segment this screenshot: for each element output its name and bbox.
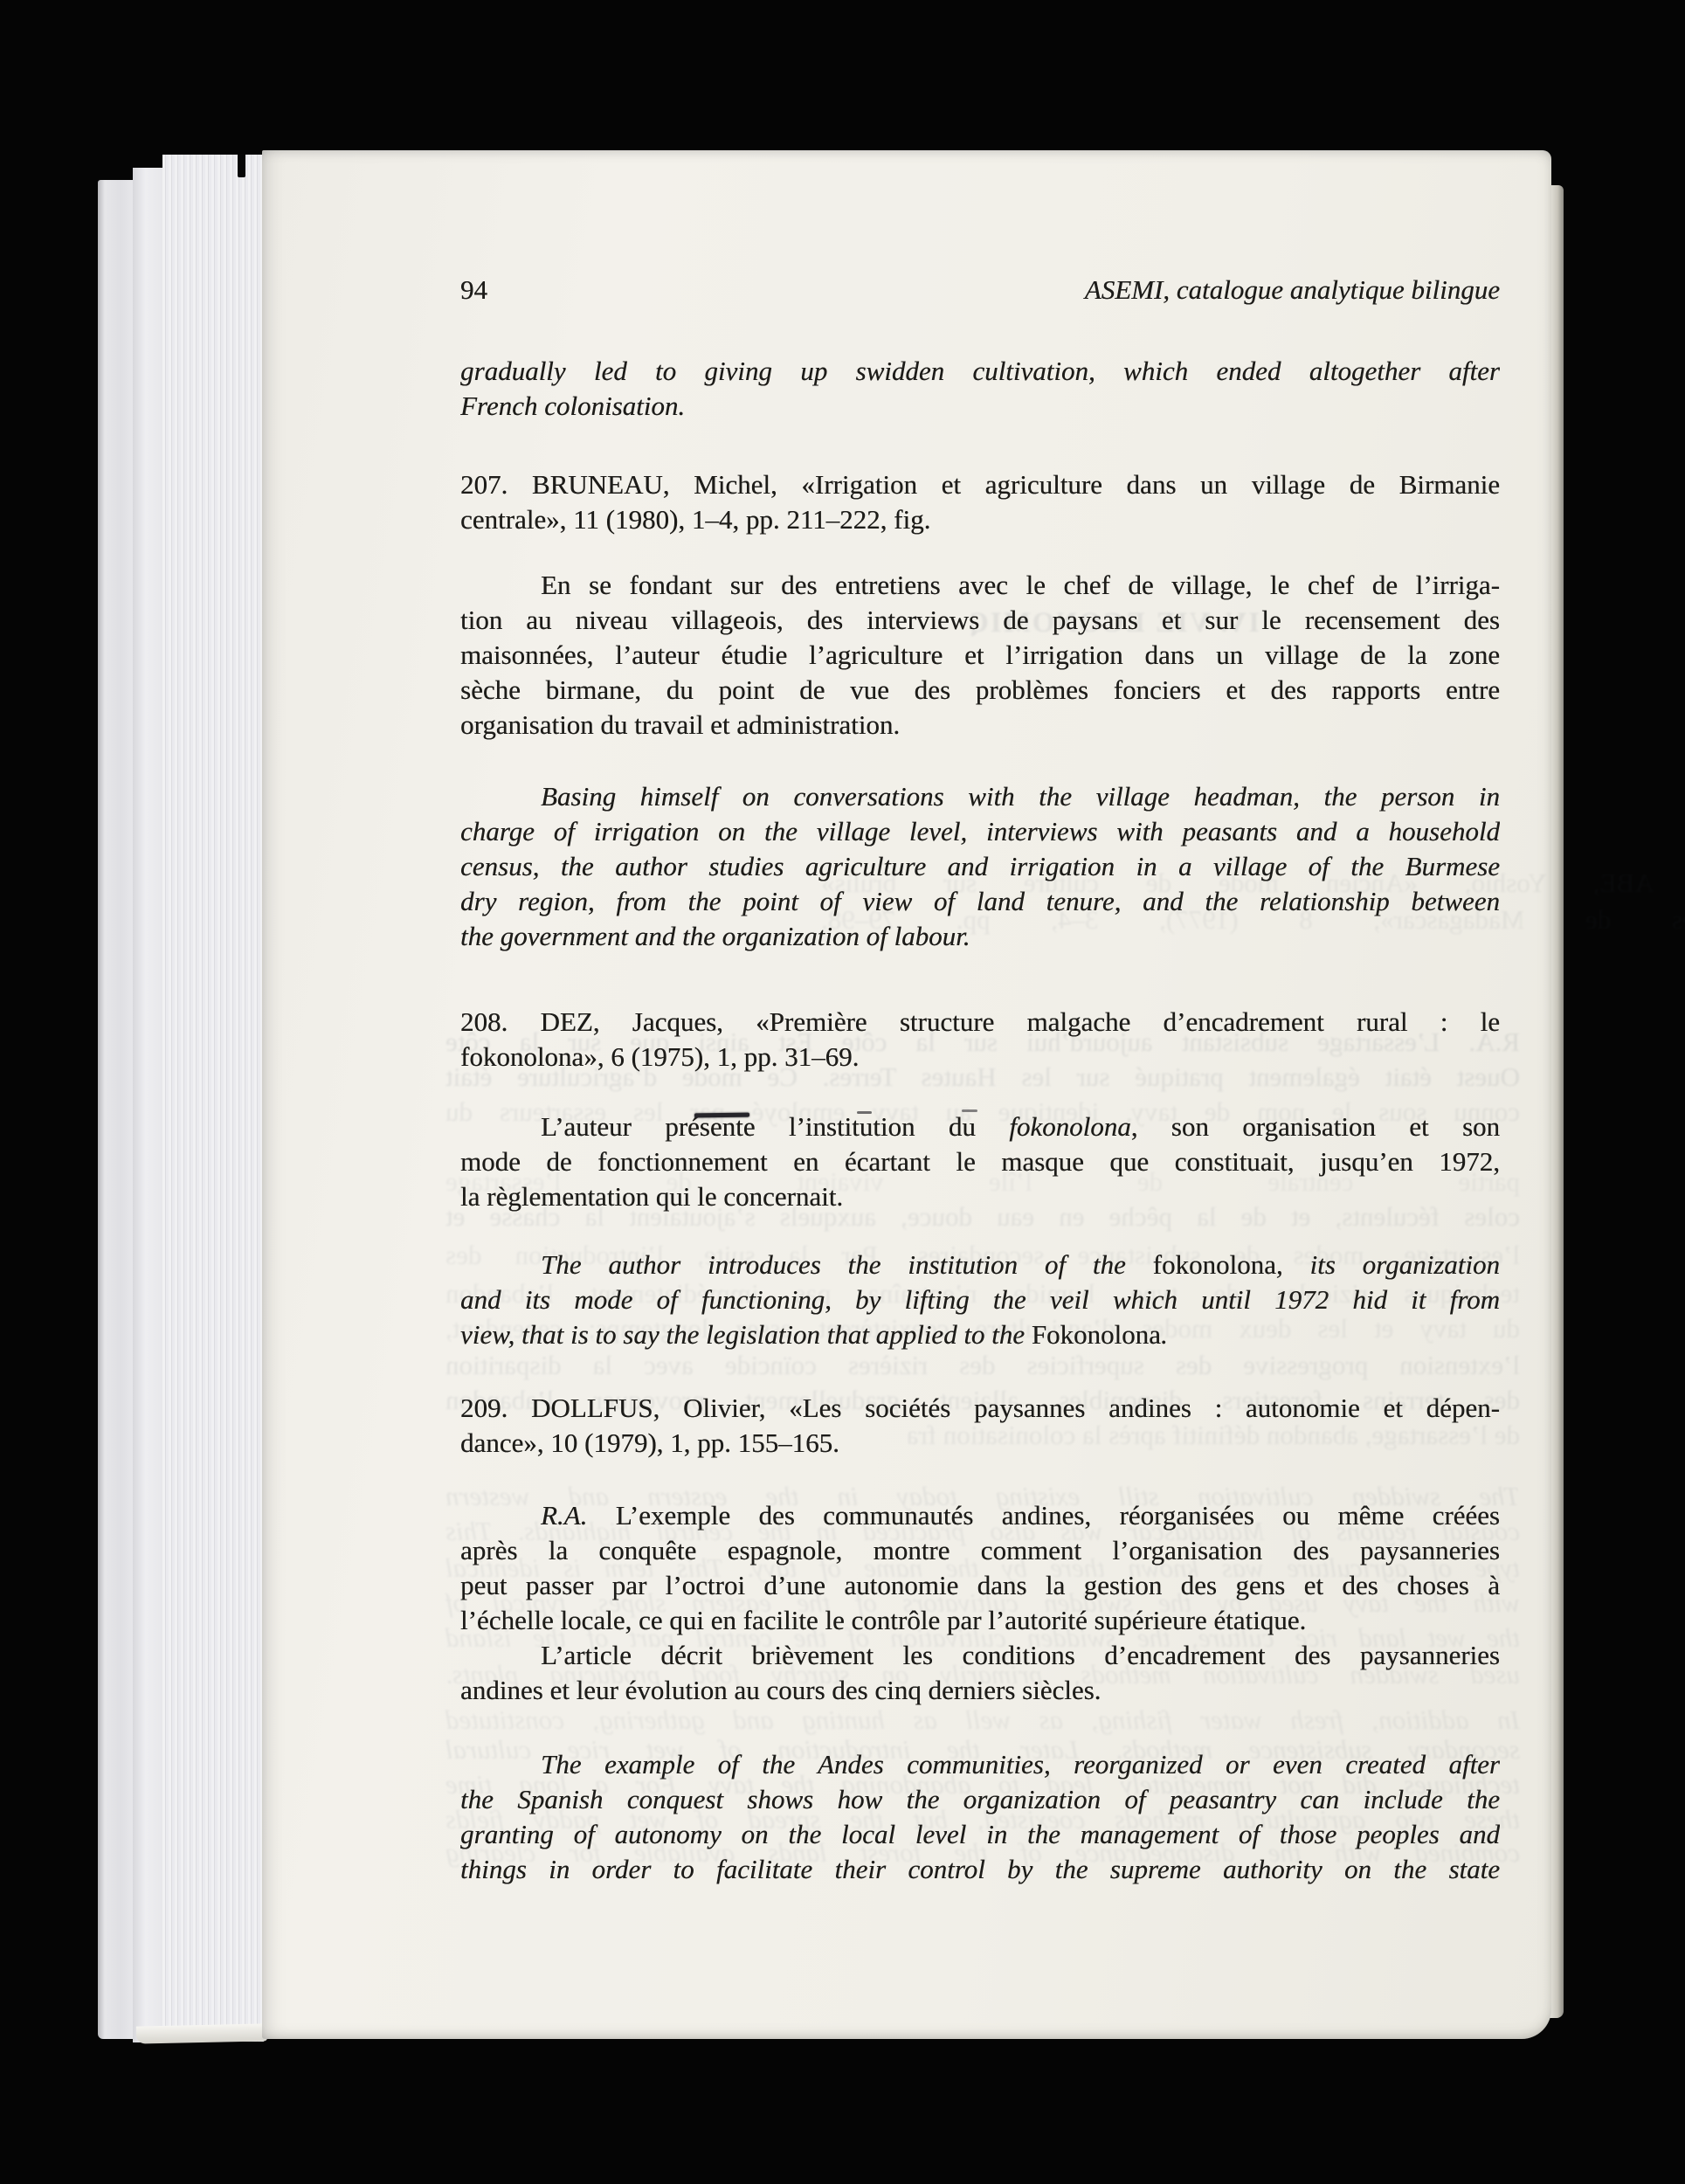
page-stack-edge-striated [162,155,264,2042]
text-line: organisation du travail et administratio… [460,708,1500,743]
text-line: 209. DOLLFUS, Olivier, «Les sociétés pay… [460,1391,1500,1426]
text-line: l’échelle locale, ce qui en facilite le … [460,1603,1500,1638]
pencil-mark-small-1 [857,1111,872,1114]
text-line: census, the author studies agriculture a… [460,849,1500,884]
text-line: charge of irrigation on the village leve… [460,814,1500,849]
text-line: tion au niveau villageois, des interview… [460,603,1500,638]
scanned-book-photo: IV. VIE ECONOMIQUE256. ABE, Yoshio, «Anc… [0,0,1685,2184]
abstract-209-fr-2: L’article décrit brièvement les conditio… [460,1638,1500,1708]
text-line: and its mode of functioning, by lifting … [460,1282,1500,1317]
text-line: the Spanish conquest shows how the organ… [460,1782,1500,1817]
entry-208: 208. DEZ, Jacques, «Première structure m… [460,1005,1500,1075]
abstract-208-en: The author introduces the institution of… [460,1248,1500,1352]
text-line: 207. BRUNEAU, Michel, «Irrigation et agr… [460,467,1500,502]
text-line: centrale», 11 (1980), 1–4, pp. 211–222, … [460,502,1500,537]
text-line: things in order to facilitate their cont… [460,1852,1500,1887]
text-line: R.A. L’exemple des communautés andines, … [460,1498,1500,1533]
next-page-edge [1550,185,1564,2018]
entry-209: 209. DOLLFUS, Olivier, «Les sociétés pay… [460,1391,1500,1461]
page-header: 94 ASEMI, catalogue analytique bilingue [460,273,1500,308]
text-line: mode de fonctionnement en écartant le ma… [460,1144,1500,1179]
text-line: dance», 10 (1979), 1, pp. 155–165. [460,1426,1500,1461]
text-line: maisonnées, l’auteur étudie l’agricultur… [460,638,1500,673]
page-stack-edge-middle [133,168,164,2042]
abstract-209-fr-ra: R.A. L’exemple des communautés andines, … [460,1498,1500,1638]
page-stack-edge-outer [98,180,136,2039]
pencil-mark-small-2 [962,1109,977,1112]
text-line: French colonisation. [460,389,1500,424]
text-line: The example of the Andes communities, re… [460,1747,1500,1782]
text-line: fokonolona», 6 (1975), 1, pp. 31–69. [460,1040,1500,1075]
text-line: peut passer par l’octroi d’une autonomie… [460,1568,1500,1603]
abstract-208-fr: L’auteur présente l’institution du fokon… [460,1109,1500,1214]
page-stack-notch [238,154,245,177]
text-line: la règlementation qui le concernait. [460,1179,1500,1214]
book-page: IV. VIE ECONOMIQUE256. ABE, Yoshio, «Anc… [262,150,1551,2039]
pencil-mark-long [694,1113,749,1118]
text-line: andines et leur évolution au cours des c… [460,1673,1500,1708]
abstract-207-fr: En se fondant sur des entretiens avec le… [460,568,1500,743]
text-line: L’auteur présente l’institution du fokon… [460,1109,1500,1144]
text-line: the government and the organization of l… [460,919,1500,954]
catalogue-entries: gradually led to giving up swidden culti… [460,354,1500,1887]
abstract-207-en: Basing himself on conversations with the… [460,779,1500,954]
abstract-209-en: The example of the Andes communities, re… [460,1747,1500,1887]
text-line: L’article décrit brièvement les conditio… [460,1638,1500,1673]
text-line: 208. DEZ, Jacques, «Première structure m… [460,1005,1500,1040]
text-line: dry region, from the point of view of la… [460,884,1500,919]
text-line: Basing himself on conversations with the… [460,779,1500,814]
text-line: sèche birmane, du point de vue des probl… [460,673,1500,708]
text-block: 94 ASEMI, catalogue analytique bilingue … [460,273,1500,1887]
text-line: view, that is to say the legislation tha… [460,1317,1500,1352]
entry-207: 207. BRUNEAU, Michel, «Irrigation et agr… [460,467,1500,537]
bottom-page-curl [136,2023,267,2043]
text-line: The author introduces the institution of… [460,1248,1500,1282]
text-line: En se fondant sur des entretiens avec le… [460,568,1500,603]
text-line: gradually led to giving up swidden culti… [460,354,1500,389]
page-number: 94 [460,273,487,308]
running-title: ASEMI, catalogue analytique bilingue [1085,273,1500,308]
text-line: granting of autonomy on the local level … [460,1817,1500,1852]
continuation-abstract-en: gradually led to giving up swidden culti… [460,354,1500,424]
text-line: après la conquête espagnole, montre comm… [460,1533,1500,1568]
